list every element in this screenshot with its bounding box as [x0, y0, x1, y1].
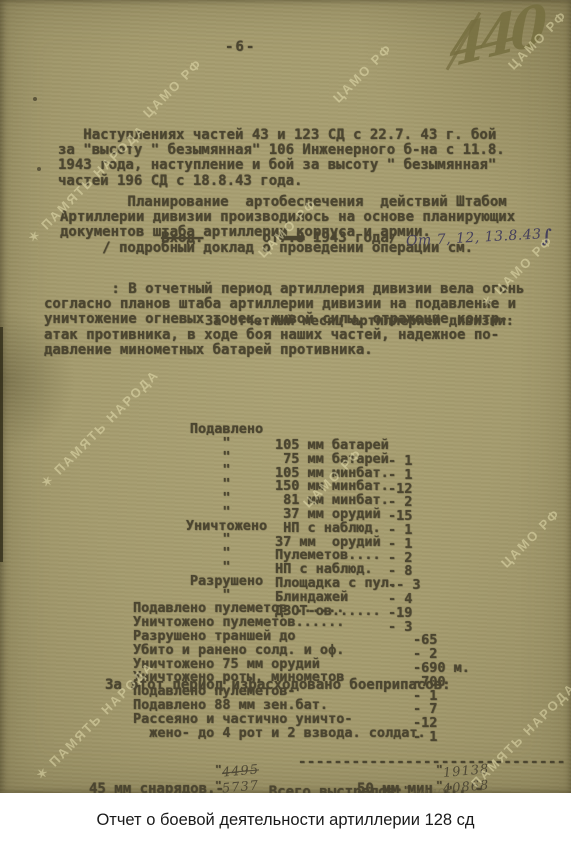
- ammo-section-header: За этот период израсходовано боеприпасов…: [105, 677, 451, 693]
- results-row: " Пулеметов.... - 8: [0, 515, 571, 529]
- results-row: " 75 мм батарей - 1: [0, 419, 571, 433]
- flourish-mark: ∫: [541, 226, 551, 247]
- scanned-document-page: 440 -6- Наступлениях частей 43 и 123 СД …: [0, 0, 571, 793]
- results-row: Уничтожено 37 мм орудий - 2: [0, 502, 571, 516]
- results-row: " 105 мм минбат. -12: [0, 433, 571, 447]
- document-caption: Отчет о боевой деятельности артиллерии 1…: [96, 811, 474, 830]
- results-row: " ДЗОТ-ов...... - 3: [0, 571, 571, 585]
- page-number: -6-: [225, 39, 256, 55]
- text-line: атак противника, в ходе боя наших частей…: [44, 328, 524, 343]
- results-table: Подавлено 105 мм батарей - 1 " 75 мм бат…: [0, 348, 571, 722]
- results-row: Убито и ранено солд. и оф. -700: [0, 626, 571, 640]
- results-row: " НП с наблюд. - 1: [0, 488, 571, 502]
- results-row: Рассеяно и частично уничто-: [0, 695, 571, 709]
- results-row: Подавлено пулеметов ...... -65: [0, 584, 571, 598]
- ammo-row: 45 мм снарядов.- "4495: [30, 765, 224, 781]
- text-line: Планирование артобеспечения действий Шта…: [60, 195, 515, 210]
- results-row: " 81 мм минбат. -15: [0, 460, 571, 474]
- results-row: " НП с наблюд. -- 3: [0, 529, 571, 543]
- paragraph-report-period: : В отчетный период артиллерия дивизии в…: [44, 236, 524, 358]
- results-row: Уничтожено пулеметов...... - 2: [0, 598, 571, 612]
- results-row: Уничтожено роты, минометов - 7: [0, 653, 571, 667]
- ink-dot: [37, 167, 41, 171]
- results-section-header: За отчетный месяц артиллерией дивизии:: [205, 313, 514, 329]
- ammo-row: 76 мм сн. ПА - "5737: [30, 781, 224, 793]
- total-label: Всего выстрелов:: [269, 784, 404, 793]
- ink-dot: [33, 97, 37, 101]
- ammo-table-left-column: 45 мм снарядов.- "4495 76 мм сн. ПА - "5…: [30, 708, 224, 793]
- ditto-quote: ": [446, 784, 453, 793]
- results-row: Подавлено 105 мм батарей - 1: [0, 405, 571, 419]
- results-row: Разрушено Блиндажей -19: [0, 557, 571, 571]
- results-row: " Площадка с пул. - 4: [0, 543, 571, 557]
- text-line: : В отчетный период артиллерия дивизии в…: [44, 282, 524, 297]
- results-row: " 37 мм орудий - 1: [0, 474, 571, 488]
- results-row: " 150 мм минбат. - 2: [0, 446, 571, 460]
- results-row: Уничтожено 75 мм орудий - 1: [0, 640, 571, 654]
- text-line: Наступлениях частей 43 и 123 СД с 22.7. …: [58, 128, 505, 143]
- handwritten-total: мало: [410, 783, 447, 793]
- scan-edge-mark: [0, 327, 3, 562]
- total-shots-line: Всего выстрелов:"мало": [235, 768, 453, 793]
- caption-strip: Отчет о боевой деятельности артиллерии 1…: [0, 793, 571, 847]
- results-row: Разрушено траншей до -690 м.: [0, 612, 571, 626]
